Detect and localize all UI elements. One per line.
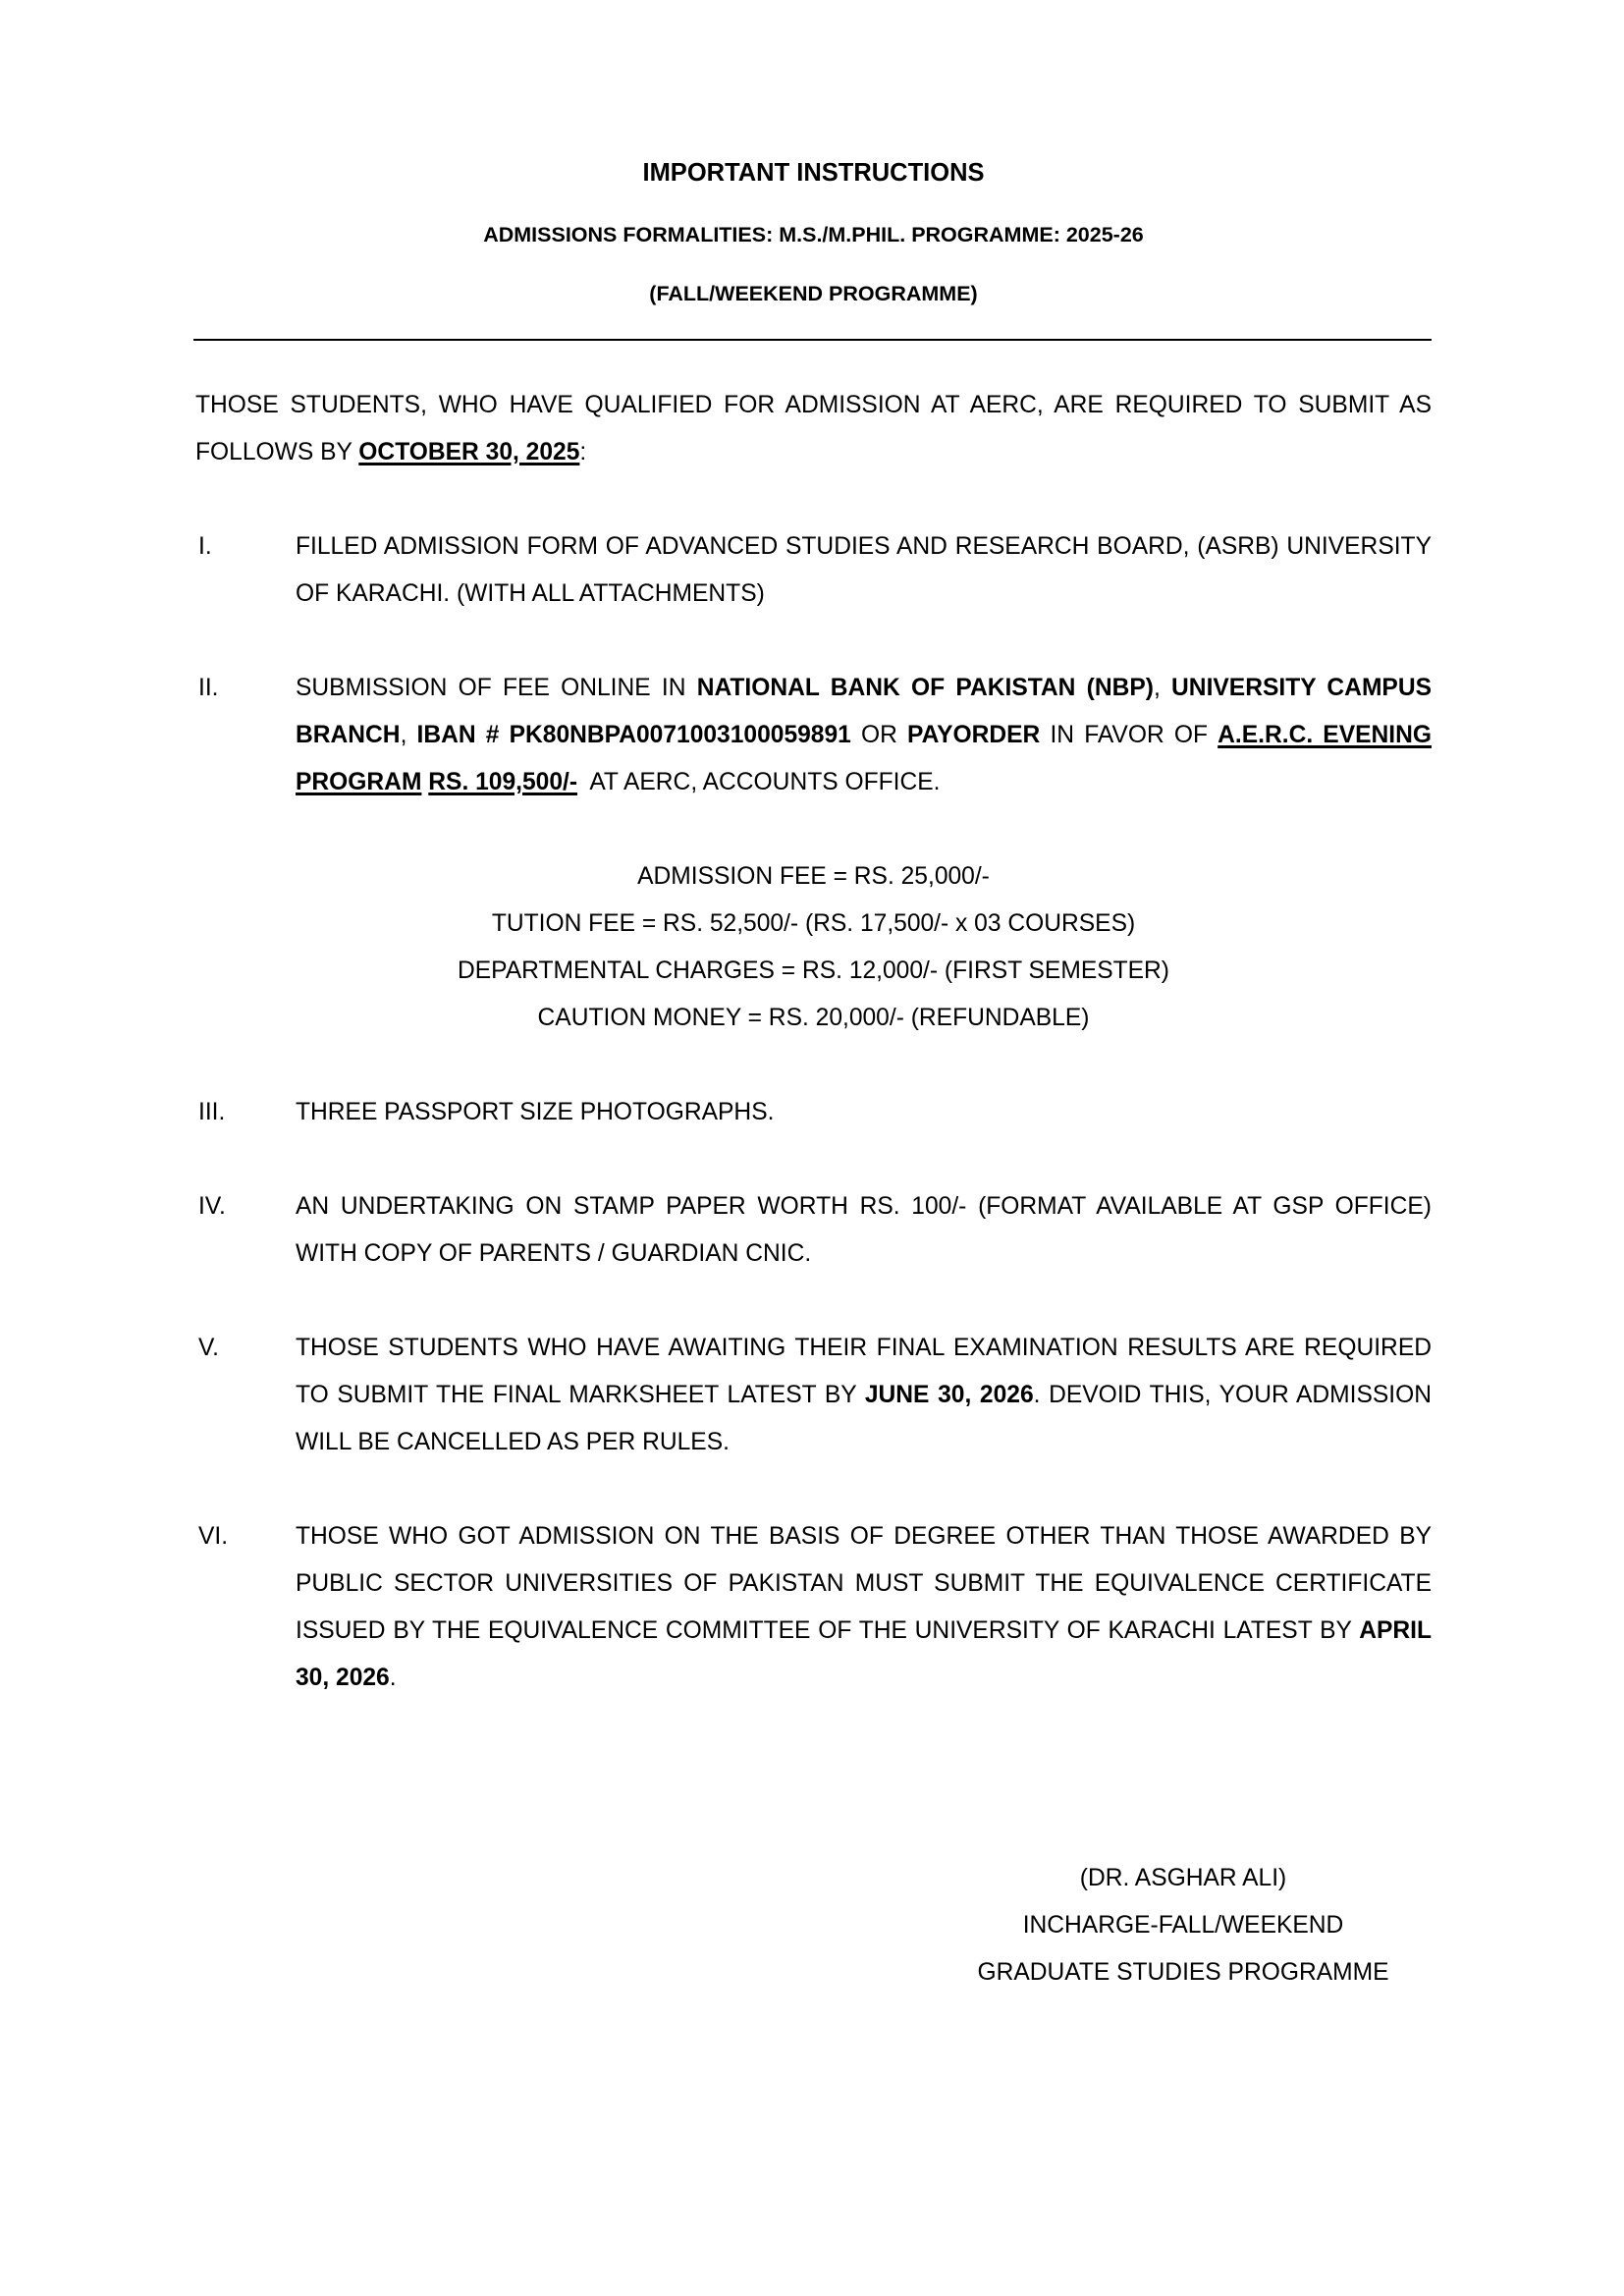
fee-line-caution: CAUTION MONEY = RS. 20,000/- (REFUNDABLE… (195, 995, 1432, 1042)
item-text: AN UNDERTAKING ON STAMP PAPER WORTH RS. … (296, 1183, 1432, 1278)
text-segment: AT AERC, ACCOUNTS OFFICE. (577, 769, 940, 795)
marksheet-deadline: JUNE 30, 2026 (865, 1382, 1034, 1408)
item-numeral: V. (198, 1325, 219, 1372)
signature-block: (DR. ASGHAR ALI) INCHARGE-FALL/WEEKEND G… (945, 1855, 1422, 1996)
item-numeral: IV. (198, 1183, 226, 1230)
intro-suffix: : (579, 439, 586, 465)
page-title: IMPORTANT INSTRUCTIONS (195, 158, 1432, 188)
total-amount: RS. 109,500/- (428, 769, 577, 795)
text-segment: THOSE WHO GOT ADMISSION ON THE BASIS OF … (296, 1523, 1432, 1644)
bank-name: NATIONAL BANK OF PAKISTAN (NBP) (697, 675, 1154, 701)
item-text: SUBMISSION OF FEE ONLINE IN NATIONAL BAN… (296, 665, 1432, 806)
item-numeral: II. (198, 665, 219, 712)
signatory-department: GRADUATE STUDIES PROGRAMME (945, 1949, 1422, 1996)
text-segment: SUBMISSION OF FEE ONLINE IN (296, 675, 697, 701)
text-segment: , (1154, 675, 1171, 701)
item-text: THREE PASSPORT SIZE PHOTOGRAPHS. (296, 1089, 1432, 1136)
item-text: THOSE STUDENTS WHO HAVE AWAITING THEIR F… (296, 1325, 1432, 1466)
program-label: (FALL/WEEKEND PROGRAMME) (195, 281, 1432, 306)
payorder-label: PAYORDER (907, 722, 1040, 748)
signatory-name: (DR. ASGHAR ALI) (945, 1855, 1422, 1902)
text-segment: IN FAVOR OF (1040, 722, 1218, 748)
fee-line-departmental: DEPARTMENTAL CHARGES = RS. 12,000/- (FIR… (195, 948, 1432, 995)
header-divider (193, 339, 1432, 341)
page-subtitle: ADMISSIONS FORMALITIES: M.S./M.PHIL. PRO… (195, 222, 1432, 247)
item-numeral: I. (198, 523, 212, 571)
item-numeral: VI. (198, 1513, 228, 1560)
item-text: THOSE WHO GOT ADMISSION ON THE BASIS OF … (296, 1513, 1432, 1702)
document-page: IMPORTANT INSTRUCTIONS ADMISSIONS FORMAL… (0, 0, 1624, 2296)
fee-breakdown: ADMISSION FEE = RS. 25,000/- TUTION FEE … (195, 853, 1432, 1042)
intro-paragraph: THOSE STUDENTS, WHO HAVE QUALIFIED FOR A… (195, 382, 1432, 476)
signatory-role: INCHARGE-FALL/WEEKEND (945, 1902, 1422, 1949)
submission-deadline: OCTOBER 30, 2025 (358, 439, 579, 465)
fee-line-tuition: TUTION FEE = RS. 52,500/- (RS. 17,500/- … (195, 901, 1432, 948)
text-segment: OR (851, 722, 907, 748)
text-segment: . (390, 1665, 397, 1691)
iban-number: IBAN # PK80NBPA0071003100059891 (417, 722, 851, 748)
fee-line-admission: ADMISSION FEE = RS. 25,000/- (195, 853, 1432, 901)
item-numeral: III. (198, 1089, 225, 1136)
text-segment: , (401, 722, 417, 748)
item-text: FILLED ADMISSION FORM OF ADVANCED STUDIE… (296, 523, 1432, 618)
